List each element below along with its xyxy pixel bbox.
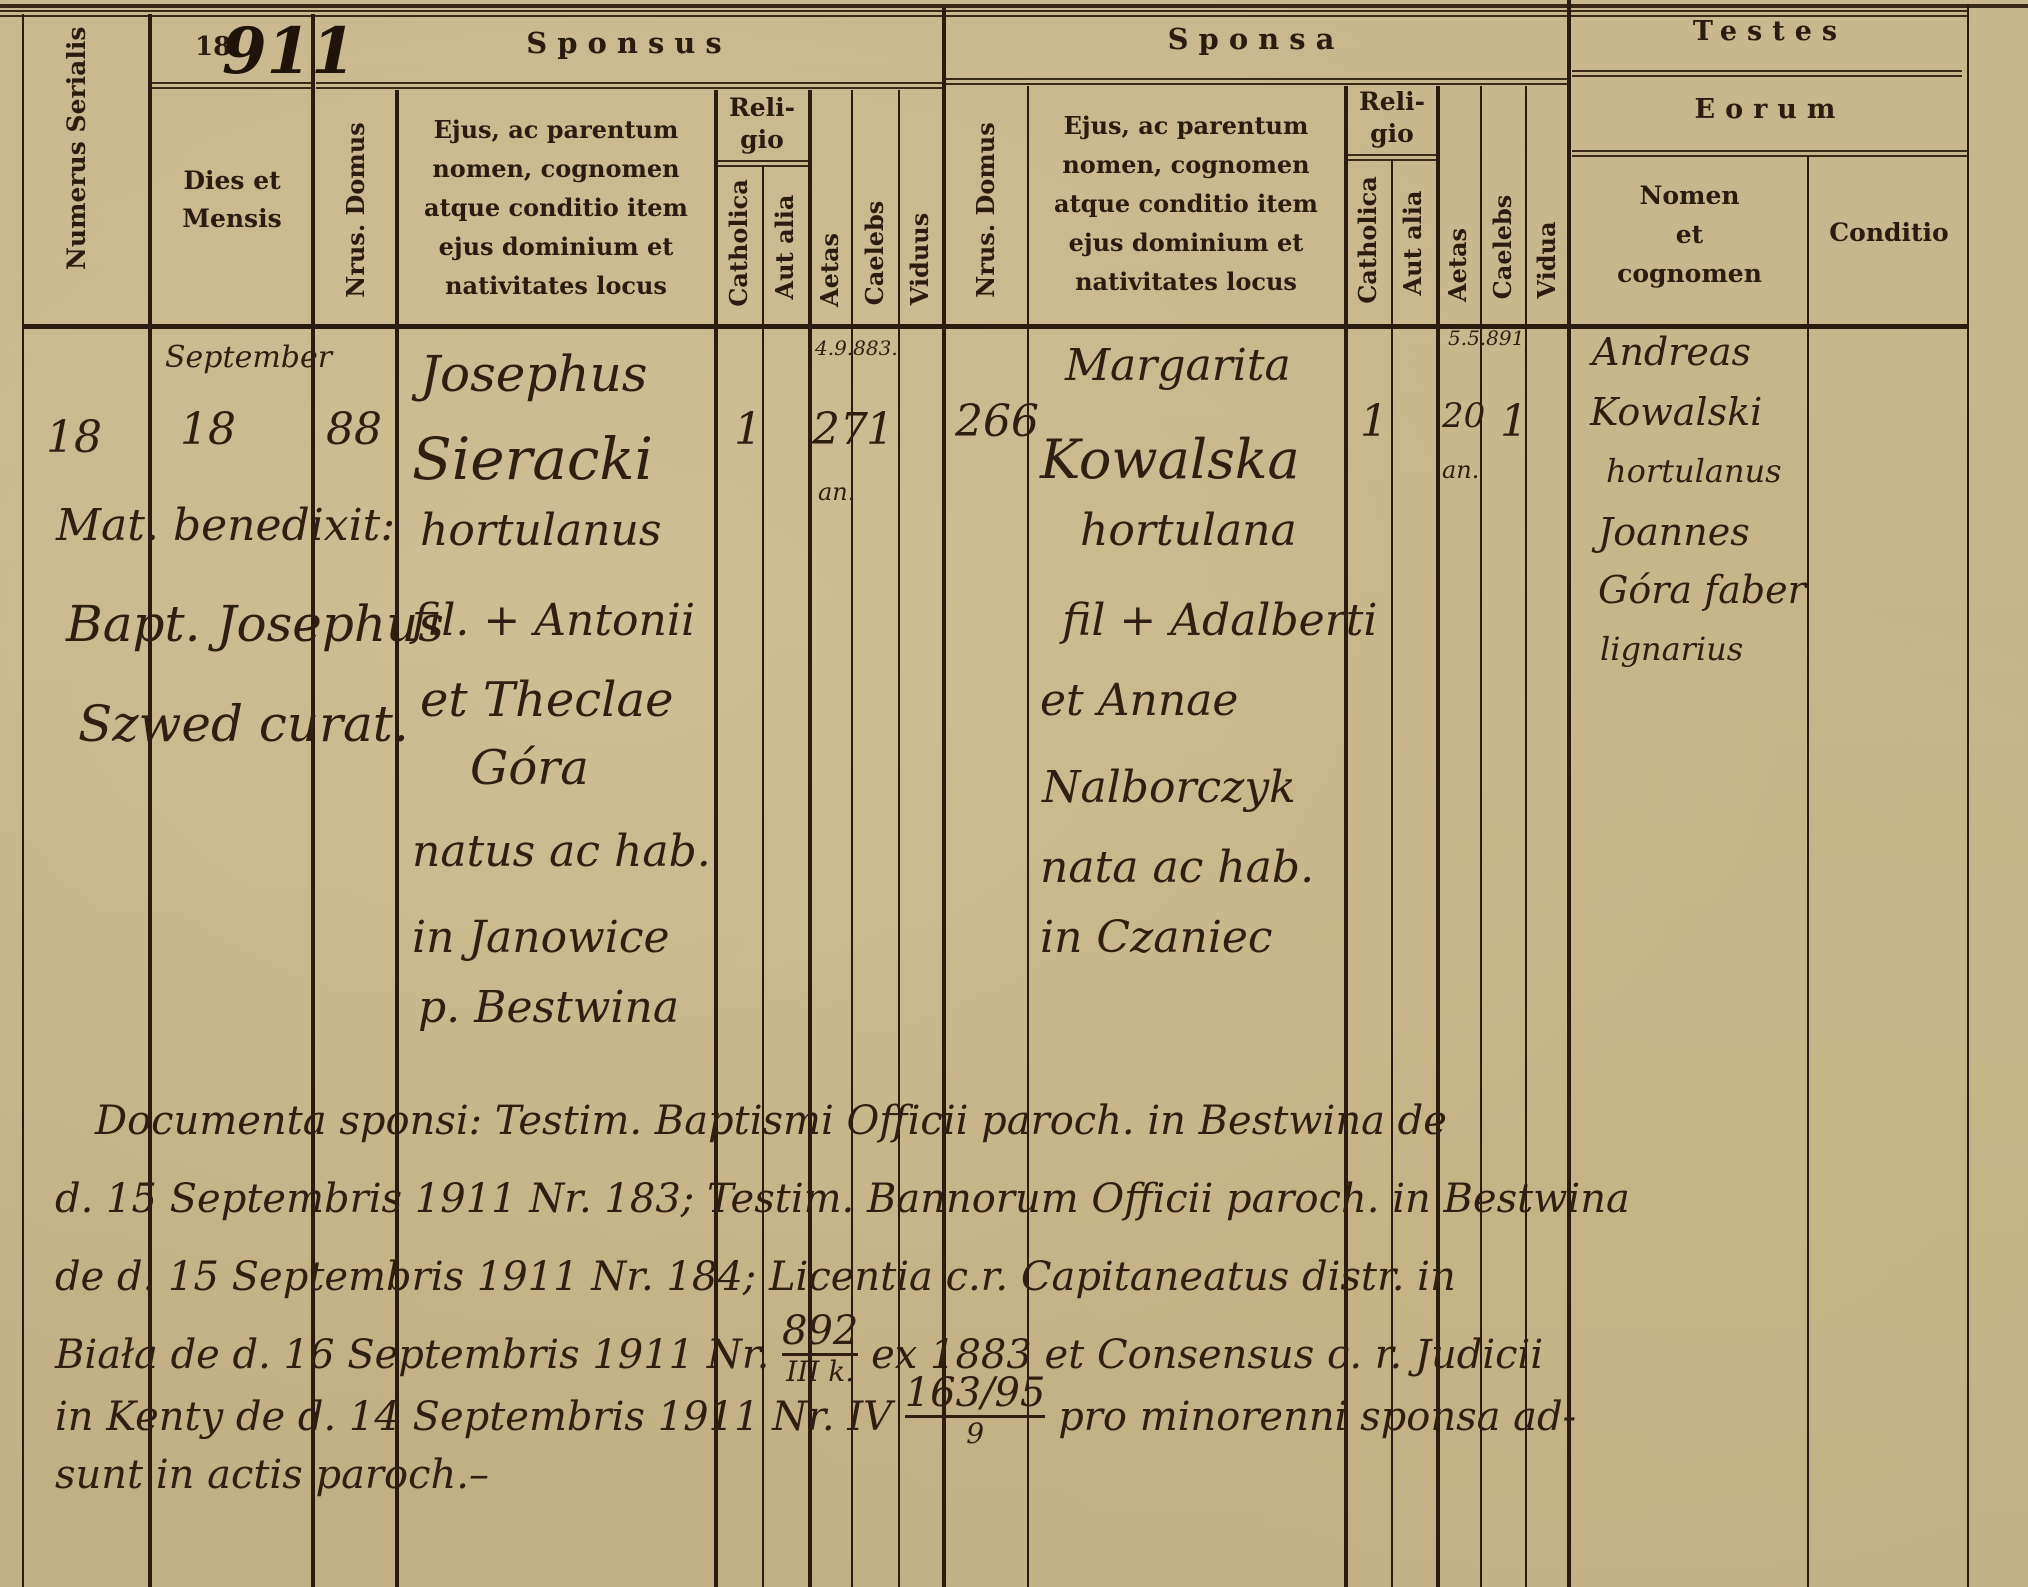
sponsus-name-line: p. Bestwina	[418, 982, 679, 1033]
header-sponsus-aut-alia: Aut alia	[770, 147, 800, 347]
testis-line: Kowalski	[1590, 390, 1762, 434]
header-sponsa-ejus: Ejus, ac parentum nomen, cognomen atque …	[1030, 106, 1342, 301]
sponsa-name-line: et Annae	[1040, 675, 1238, 726]
entry-celebrant-line: Szwed curat.	[78, 695, 409, 753]
entry-celebrant-line: Mat. benedixit:	[56, 500, 395, 551]
sponsus-caelebs-mark: 1	[866, 404, 894, 455]
header-sponsa-caelebs: Caelebs	[1488, 147, 1518, 347]
sponsus-name-line: Sieracki	[412, 425, 653, 493]
sponsa-caelebs-mark: 1	[1500, 396, 1528, 447]
sponsa-name-line: in Czaniec	[1040, 912, 1273, 963]
testis-line: Joannes	[1598, 510, 1750, 554]
testis-line: lignarius	[1600, 630, 1743, 668]
group-testes: Testes	[1572, 16, 1968, 47]
header-sponsus-ejus: Ejus, ac parentum nomen, cognomen atque …	[400, 110, 712, 305]
header-sponsus-caelebs: Caelebs	[860, 153, 890, 353]
sponsa-catholica-mark: 1	[1360, 396, 1388, 447]
header-numerus-serialis: Numerus Serialis	[62, 70, 92, 270]
testis-line: Andreas	[1592, 330, 1751, 374]
fraction: 163/95 9	[905, 1371, 1046, 1450]
group-eorum: Eorum	[1572, 94, 1968, 125]
header-sponsus-nrus-domus: Nrus. Domus	[341, 110, 371, 310]
sponsus-subrule	[316, 82, 944, 89]
sponsus-aetas: 27	[812, 404, 868, 455]
entry-numerus-serialis: 18	[46, 412, 102, 463]
testis-line: Góra faber	[1598, 568, 1806, 612]
header-sponsa-nrus-domus: Nrus. Domus	[971, 110, 1001, 310]
testes-subrule	[1572, 70, 1962, 77]
marriage-register-page: Numerus Serialis 18 911 Dies et Mensis S…	[0, 0, 2028, 1587]
sponsa-name-line: nata ac hab.	[1040, 842, 1314, 893]
sponsus-name-line: in Janowice	[412, 912, 670, 963]
sponsus-name-line: Josephus	[420, 345, 647, 403]
sponsus-name-line: Góra	[470, 740, 589, 796]
sponsus-nrus-domus: 88	[326, 404, 382, 455]
top-border	[0, 4, 2028, 8]
sponsa-subrule	[946, 78, 1568, 85]
header-sponsa-vidua: Vidua	[1532, 160, 1562, 360]
sponsa-birth-date: 5.5.891	[1448, 326, 1524, 350]
sponsa-aetas: 20	[1442, 396, 1485, 436]
documents-note: Documenta sponsi: Testim. Baptismi Offic…	[55, 1075, 1955, 1521]
header-sponsa-aut-alia: Aut alia	[1398, 143, 1428, 343]
sponsa-name-line: fil + Adalberti	[1062, 595, 1378, 646]
sponsa-aetas-unit: an.	[1442, 456, 1479, 484]
sponsus-name-line: fil. + Antonii	[412, 595, 695, 646]
sponsus-name-line: et Theclae	[420, 672, 674, 728]
header-testes-nomen: Nomen et cognomen	[1572, 176, 1807, 293]
left-border	[22, 14, 24, 1587]
group-sponsa: Sponsa	[946, 22, 1566, 56]
header-testes-conditio: Conditio	[1810, 218, 1968, 247]
sponsa-nrus-domus: 266	[955, 396, 1039, 447]
sponsa-name-line: hortulana	[1080, 505, 1297, 556]
sponsus-aetas-unit: an.	[818, 478, 855, 506]
header-sponsus-catholica: Catholica	[724, 143, 754, 343]
eorum-subrule	[1572, 150, 1968, 157]
sponsus-birth-date: 4.9.883.	[815, 336, 898, 360]
sponsus-name-line: hortulanus	[420, 505, 661, 556]
sponsa-name-line: Nalborczyk	[1042, 762, 1296, 813]
testis-line: hortulanus	[1606, 452, 1782, 490]
group-sponsus: Sponsus	[316, 26, 942, 60]
sponsus-name-line: natus ac hab.	[412, 826, 711, 877]
sponsa-name-line: Margarita	[1065, 340, 1291, 391]
entry-celebrant-line: Bapt. Josephus	[66, 595, 444, 653]
header-sponsa-catholica: Catholica	[1353, 140, 1383, 340]
entry-mensis: September	[165, 340, 332, 375]
header-dies-et-mensis: Dies et Mensis	[152, 162, 312, 238]
entry-dies: 18	[180, 404, 236, 455]
header-sponsus-viduus: Viduus	[905, 159, 935, 359]
sponsus-catholica-mark: 1	[734, 404, 762, 455]
sponsa-name-line: Kowalska	[1040, 428, 1300, 491]
